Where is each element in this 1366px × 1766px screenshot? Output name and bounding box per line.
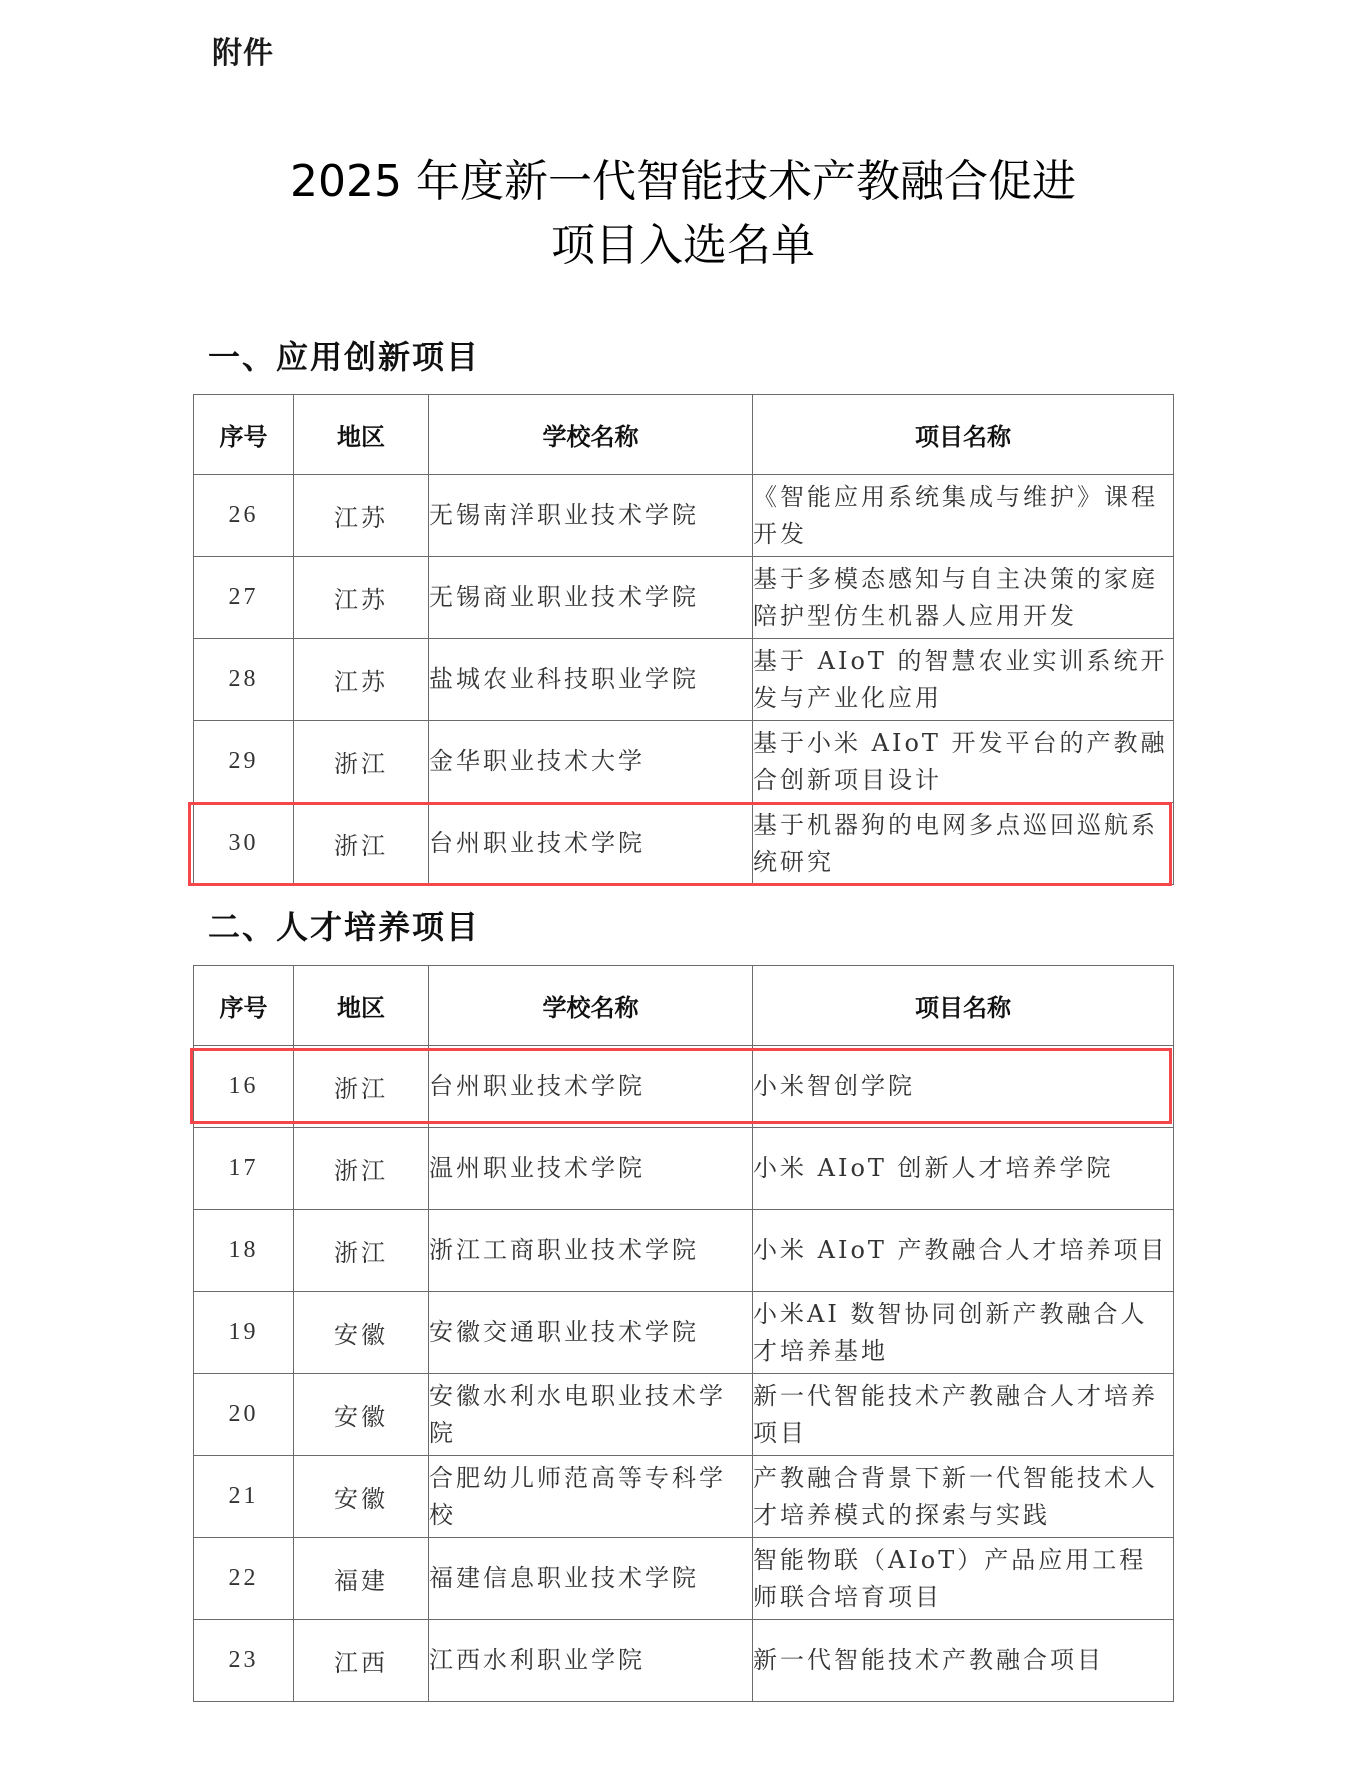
column-header-school: 学校名称	[429, 395, 753, 475]
row-region: 浙江	[294, 1210, 429, 1292]
title-line-2: 项目入选名单	[0, 214, 1366, 278]
table-header-row: 序号 地区 学校名称 项目名称	[194, 966, 1174, 1046]
row-project: 基于小米 AIoT 开发平台的产教融合创新项目设计	[753, 721, 1174, 803]
row-no: 23	[194, 1620, 294, 1702]
row-project: 智能物联（AIoT）产品应用工程师联合培育项目	[753, 1538, 1174, 1620]
talent-training-table: 序号 地区 学校名称 项目名称 16 浙江 台州职业技术学院 小米智创学院 17…	[193, 965, 1174, 1702]
attachment-label: 附件	[212, 28, 274, 72]
row-region: 安徽	[294, 1456, 429, 1538]
row-region: 浙江	[294, 803, 429, 885]
row-region: 江苏	[294, 475, 429, 557]
row-region: 江苏	[294, 557, 429, 639]
row-school: 无锡南洋职业技术学院	[429, 475, 753, 557]
row-no: 20	[194, 1374, 294, 1456]
document-title: 2025 年度新一代智能技术产教融合促进 项目入选名单	[0, 150, 1366, 278]
table-row: 23 江西 江西水利职业学院 新一代智能技术产教融合项目	[194, 1620, 1174, 1702]
table-row: 18 浙江 浙江工商职业技术学院 小米 AIoT 产教融合人才培养项目	[194, 1210, 1174, 1292]
table-row: 22 福建 福建信息职业技术学院 智能物联（AIoT）产品应用工程师联合培育项目	[194, 1538, 1174, 1620]
row-school: 温州职业技术学院	[429, 1128, 753, 1210]
column-header-no: 序号	[194, 395, 294, 475]
row-project: 小米 AIoT 产教融合人才培养项目	[753, 1210, 1174, 1292]
column-header-school: 学校名称	[429, 966, 753, 1046]
table-row: 17 浙江 温州职业技术学院 小米 AIoT 创新人才培养学院	[194, 1128, 1174, 1210]
row-no: 16	[194, 1046, 294, 1128]
table-row: 28 江苏 盐城农业科技职业学院 基于 AIoT 的智慧农业实训系统开发与产业化…	[194, 639, 1174, 721]
row-school: 安徽水利水电职业技术学院	[429, 1374, 753, 1456]
row-school: 福建信息职业技术学院	[429, 1538, 753, 1620]
row-no: 22	[194, 1538, 294, 1620]
column-header-region: 地区	[294, 395, 429, 475]
row-no: 29	[194, 721, 294, 803]
row-region: 浙江	[294, 1128, 429, 1210]
row-project: 基于 AIoT 的智慧农业实训系统开发与产业化应用	[753, 639, 1174, 721]
row-school: 金华职业技术大学	[429, 721, 753, 803]
row-project: 小米AI 数智协同创新产教融合人才培养基地	[753, 1292, 1174, 1374]
row-no: 17	[194, 1128, 294, 1210]
table-row: 20 安徽 安徽水利水电职业技术学院 新一代智能技术产教融合人才培养项目	[194, 1374, 1174, 1456]
row-school: 台州职业技术学院	[429, 803, 753, 885]
row-school: 台州职业技术学院	[429, 1046, 753, 1128]
row-region: 安徽	[294, 1374, 429, 1456]
row-project: 基于机器狗的电网多点巡回巡航系统研究	[753, 803, 1174, 885]
row-region: 安徽	[294, 1292, 429, 1374]
row-region: 江西	[294, 1620, 429, 1702]
row-school: 无锡商业职业技术学院	[429, 557, 753, 639]
section-heading-application-innovation: 一、应用创新项目	[208, 332, 480, 378]
row-region: 浙江	[294, 721, 429, 803]
row-project: 新一代智能技术产教融合项目	[753, 1620, 1174, 1702]
row-school: 江西水利职业学院	[429, 1620, 753, 1702]
row-school: 浙江工商职业技术学院	[429, 1210, 753, 1292]
row-school: 安徽交通职业技术学院	[429, 1292, 753, 1374]
row-region: 福建	[294, 1538, 429, 1620]
table-row: 26 江苏 无锡南洋职业技术学院 《智能应用系统集成与维护》课程开发	[194, 475, 1174, 557]
row-school: 合肥幼儿师范高等专科学校	[429, 1456, 753, 1538]
row-project: 《智能应用系统集成与维护》课程开发	[753, 475, 1174, 557]
table-row: 21 安徽 合肥幼儿师范高等专科学校 产教融合背景下新一代智能技术人才培养模式的…	[194, 1456, 1174, 1538]
row-region: 浙江	[294, 1046, 429, 1128]
row-no: 26	[194, 475, 294, 557]
table-row-highlighted: 30 浙江 台州职业技术学院 基于机器狗的电网多点巡回巡航系统研究	[194, 803, 1174, 885]
column-header-region: 地区	[294, 966, 429, 1046]
row-no: 18	[194, 1210, 294, 1292]
application-innovation-table: 序号 地区 学校名称 项目名称 26 江苏 无锡南洋职业技术学院 《智能应用系统…	[193, 394, 1174, 885]
row-project: 基于多模态感知与自主决策的家庭陪护型仿生机器人应用开发	[753, 557, 1174, 639]
column-header-no: 序号	[194, 966, 294, 1046]
row-project: 产教融合背景下新一代智能技术人才培养模式的探索与实践	[753, 1456, 1174, 1538]
row-project: 小米 AIoT 创新人才培养学院	[753, 1128, 1174, 1210]
table-row: 27 江苏 无锡商业职业技术学院 基于多模态感知与自主决策的家庭陪护型仿生机器人…	[194, 557, 1174, 639]
row-project: 小米智创学院	[753, 1046, 1174, 1128]
row-school: 盐城农业科技职业学院	[429, 639, 753, 721]
section-heading-talent-training: 二、人才培养项目	[208, 902, 480, 948]
title-line-1: 2025 年度新一代智能技术产教融合促进	[290, 156, 1076, 207]
table-row: 19 安徽 安徽交通职业技术学院 小米AI 数智协同创新产教融合人才培养基地	[194, 1292, 1174, 1374]
row-project: 新一代智能技术产教融合人才培养项目	[753, 1374, 1174, 1456]
row-no: 28	[194, 639, 294, 721]
table-row: 29 浙江 金华职业技术大学 基于小米 AIoT 开发平台的产教融合创新项目设计	[194, 721, 1174, 803]
row-no: 30	[194, 803, 294, 885]
table-row-highlighted: 16 浙江 台州职业技术学院 小米智创学院	[194, 1046, 1174, 1128]
row-no: 21	[194, 1456, 294, 1538]
table-header-row: 序号 地区 学校名称 项目名称	[194, 395, 1174, 475]
row-no: 19	[194, 1292, 294, 1374]
column-header-project: 项目名称	[753, 395, 1174, 475]
row-no: 27	[194, 557, 294, 639]
row-region: 江苏	[294, 639, 429, 721]
column-header-project: 项目名称	[753, 966, 1174, 1046]
